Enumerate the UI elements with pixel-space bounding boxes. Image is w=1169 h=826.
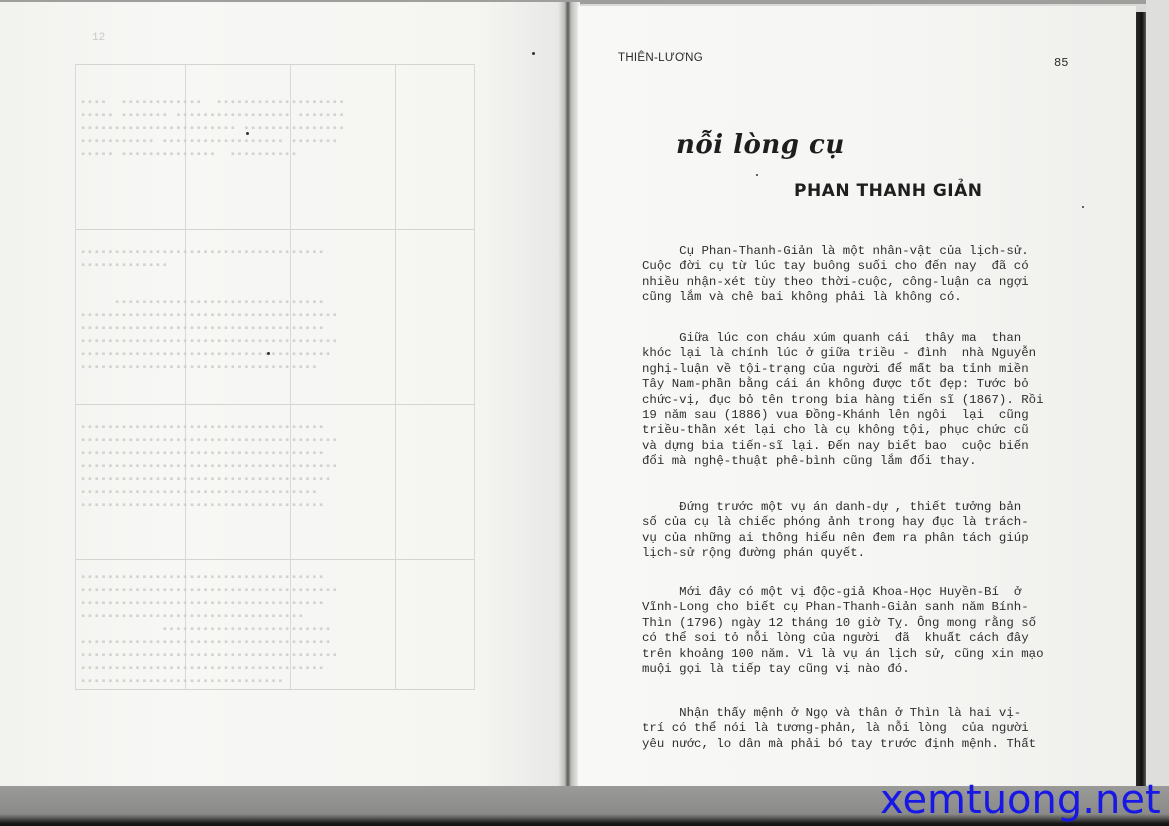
text-line: số của cụ là chiếc phóng ảnh trong hay đ… <box>642 515 1112 530</box>
scan-speck <box>532 52 535 55</box>
text-line: nhiều nhận-xét tùy theo thời-cuộc, công-… <box>642 275 1112 290</box>
text-line: triều-thần xét lại cho là cụ không tội, … <box>642 423 1112 438</box>
text-line: trên khoảng 100 năm. Vì là vụ án lịch sử… <box>642 647 1112 662</box>
text-line: Đứng trước một vụ án danh-dự , thiết tưở… <box>642 500 1112 515</box>
paragraph-1: Cụ Phan-Thanh-Giản là một nhân-vật của l… <box>642 244 1112 306</box>
text-line: lịch-sử rộng đường phán quyết. <box>642 546 1112 561</box>
chapter-subtitle: PHAN THANH GIẢN <box>794 181 983 201</box>
left-page: 12 ▪▪▪▪ ▪▪▪▪▪▪▪▪▪▪▪▪ ▪▪▪▪▪▪▪▪▪▪▪▪▪▪▪▪▪▪▪… <box>0 2 560 786</box>
text-line: yêu nước, lo dân mà phải bó tay trước đị… <box>642 737 1112 752</box>
text-line: Mới đây có một vị độc-giả Khoa-Học Huyền… <box>642 585 1112 600</box>
text-line: cũng lắm và chê bai không phải là không … <box>642 290 1112 305</box>
text-line: có thể soi tỏ nỗi lòng của người đã khuấ… <box>642 631 1112 646</box>
running-head: THIÊN-LƯƠNG <box>618 52 703 64</box>
scan-margin <box>1146 0 1169 786</box>
watermark: xemtuong.net <box>880 776 1161 824</box>
paragraph-5: Nhận thấy mệnh ở Ngọ và thân ở Thìn là h… <box>642 706 1112 752</box>
text-line: Cụ Phan-Thanh-Giản là một nhân-vật của l… <box>642 244 1112 259</box>
right-page: THIÊN-LƯƠNG 85 nỗi lòng cụ PHAN THANH GI… <box>578 6 1136 786</box>
text-line: khóc lại là chính lúc ở giữa triều - đìn… <box>642 346 1112 361</box>
text-line: Cuộc đời cụ từ lúc tay buông suối cho đế… <box>642 259 1112 274</box>
chapter-title: nỗi lòng cụ <box>676 130 845 160</box>
text-line: trí có thể nói là tương-phản, là nỗi lòn… <box>642 721 1112 736</box>
left-page-number: 12 <box>92 32 105 44</box>
text-line: nghị-luận về tội-trạng của người để mất … <box>642 362 1112 377</box>
scan-speck <box>756 174 758 176</box>
text-line: Vĩnh-Long cho biết cụ Phan-Thanh-Giản sa… <box>642 600 1112 615</box>
paragraph-4: Mới đây có một vị độc-giả Khoa-Học Huyền… <box>642 585 1112 677</box>
page-number: 85 <box>1054 56 1068 70</box>
scan-speck <box>246 132 249 135</box>
text-line: Tây Nam-phần bằng cái án không được tốt … <box>642 377 1112 392</box>
paragraph-2: Giữa lúc con cháu xúm quanh cái thây ma … <box>642 331 1112 470</box>
scan-speck <box>1082 206 1084 208</box>
scan-speck <box>267 352 270 355</box>
text-line: 19 năm sau (1886) vua Đồng-Khánh lên ngô… <box>642 408 1112 423</box>
text-line: Giữa lúc con cháu xúm quanh cái thây ma … <box>642 331 1112 346</box>
text-line: Thìn (1796) ngày 12 tháng 10 giờ Tỵ. Ông… <box>642 616 1112 631</box>
text-line: đổi mà nghệ-thuật phê-bình cũng lắm đổi … <box>642 454 1112 469</box>
text-line: và dựng bia tiến-sĩ lại. Đến nay biết ba… <box>642 439 1112 454</box>
page-edge-shadow <box>1136 12 1146 786</box>
text-line: chức-vị, đục bỏ tên trong bia hàng tiến … <box>642 393 1112 408</box>
text-line: vụ của những ai thông hiểu nên đem ra ph… <box>642 531 1112 546</box>
book-spine <box>558 2 580 786</box>
paragraph-3: Đứng trước một vụ án danh-dự , thiết tưở… <box>642 500 1112 562</box>
text-line: Nhận thấy mệnh ở Ngọ và thân ở Thìn là h… <box>642 706 1112 721</box>
text-line: muội gọi là tiếp tay cũng vị nào đó. <box>642 662 1112 677</box>
